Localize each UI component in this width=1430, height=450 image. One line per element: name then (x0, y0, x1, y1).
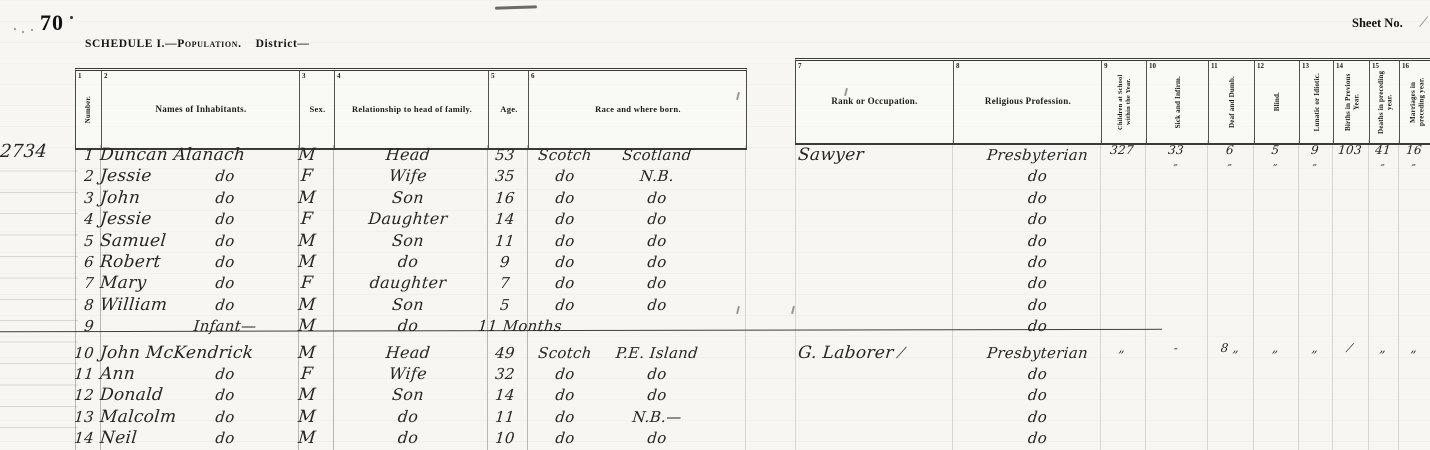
religion-value: Presbyterian (964, 145, 1111, 165)
age-value: 11 (477, 407, 533, 427)
religion-value: do (964, 252, 1111, 272)
ink-dot (22, 31, 24, 33)
table-row: 7 Mary do F daughter 7 do do do (0, 273, 1430, 295)
religion-value: do (964, 166, 1111, 186)
religion-value: do (964, 231, 1111, 251)
occupation-value: G. Laborer (797, 343, 989, 363)
occupation-value: Sawyer (797, 145, 989, 165)
check-mark: ⁄ (899, 343, 931, 363)
birthplace-value: P.E. Island (602, 343, 712, 363)
sex-value: M (287, 343, 327, 363)
race-value: do (527, 188, 603, 208)
age-value: 10 (477, 428, 533, 448)
table-row: 6 Robert do M do 9 do do do (0, 252, 1430, 274)
birthplace-value: Scotland (602, 145, 712, 165)
name-ditto: do (169, 188, 281, 208)
race-value: do (527, 209, 603, 229)
stat-lunatic: „ (1297, 338, 1333, 358)
margin-ruling (0, 150, 78, 448)
relationship-value: Wife (332, 166, 484, 186)
table-row: 5 Samuel do M Son 11 do do do (0, 231, 1430, 253)
name-ditto: Infant— (169, 316, 281, 336)
name-ditto: do (169, 252, 281, 272)
sex-value: F (287, 364, 327, 384)
name-ditto: do (169, 428, 281, 448)
religion-value: do (964, 385, 1111, 405)
relationship-value: Wife (332, 364, 484, 384)
stat-deaths: „ (1367, 338, 1399, 358)
age-value: 14 (477, 385, 533, 405)
name-ditto: do (169, 385, 281, 405)
table-row: 13 Malcolm do M do 11 do N.B.— do (0, 407, 1430, 429)
relationship-value: Daughter (332, 209, 484, 229)
relationship-value: Son (332, 231, 484, 251)
inhabitant-name: John McKendrick (99, 343, 301, 363)
table-row: 8 William do M Son 5 do do do (0, 295, 1430, 317)
age-value: 35 (477, 166, 533, 186)
age-value: 11 (477, 231, 533, 251)
birthplace-value: do (602, 252, 712, 272)
sex-value: F (287, 273, 327, 293)
race-value: do (527, 231, 603, 251)
race-value: Scotch (527, 145, 603, 165)
table-row: 3 John do M Son 16 do do do (0, 188, 1430, 210)
stat-births: ⁄ (1331, 338, 1369, 358)
sex-value: M (287, 188, 327, 208)
table-row: 14 Neil do M do 10 do do do (0, 428, 1430, 450)
relationship-value: do (332, 407, 484, 427)
religion-value: do (964, 316, 1111, 336)
name-ditto: do (169, 209, 281, 229)
race-value: do (527, 364, 603, 384)
religion-value: Presbyterian (964, 343, 1111, 363)
ink-dot (14, 28, 16, 30)
sex-value: M (287, 316, 327, 336)
age-value: 49 (477, 343, 533, 363)
name-ditto: do (169, 273, 281, 293)
age-value: 53 (477, 145, 533, 165)
race-value: do (527, 273, 603, 293)
birthplace-value: N.B. (602, 166, 712, 186)
handwritten-entries: 2734 1 Duncan Alanach M Head 53 Scotch S… (0, 0, 1430, 450)
age-value: 11 Months (477, 316, 533, 336)
race-value: Scotch (527, 343, 603, 363)
sex-value: F (287, 166, 327, 186)
age-value: 7 (477, 273, 533, 293)
relationship-value: do (332, 252, 484, 272)
table-row: 4 Jessie do F Daughter 14 do do do (0, 209, 1430, 231)
sex-value: M (287, 252, 327, 272)
table-row: 12 Donald do M Son 14 do do do (0, 385, 1430, 407)
stat-blind: „ (1252, 338, 1299, 358)
name-ditto: do (169, 407, 281, 427)
religion-value: do (964, 295, 1111, 315)
sex-value: M (287, 428, 327, 448)
birthplace-value: do (602, 231, 712, 251)
name-ditto: do (169, 295, 281, 315)
race-value: do (527, 407, 603, 427)
relationship-value: daughter (332, 273, 484, 293)
relationship-value: do (332, 316, 484, 336)
birthplace-value: N.B.— (602, 407, 712, 427)
table-row: 2 Jessie do F Wife 35 do N.B. do (0, 166, 1430, 188)
race-value: do (527, 166, 603, 186)
birthplace-value: do (602, 188, 712, 208)
name-ditto: do (169, 364, 281, 384)
race-value: do (527, 428, 603, 448)
relationship-value: do (332, 428, 484, 448)
ink-dot (31, 29, 33, 31)
table-row: 2734 1 Duncan Alanach M Head 53 Scotch S… (0, 145, 1430, 167)
name-ditto: do (169, 166, 281, 186)
age-value: 14 (477, 209, 533, 229)
relationship-value: Son (332, 295, 484, 315)
religion-value: do (964, 209, 1111, 229)
table-row: 9 Infant— M do 11 Months do (0, 316, 1430, 338)
name-ditto: do (169, 231, 281, 251)
stat-births: 103 (1331, 140, 1369, 160)
stat-marriages: „ (1397, 338, 1430, 358)
religion-value: do (964, 273, 1111, 293)
birthplace-value: do (602, 273, 712, 293)
relationship-value: Head (332, 145, 484, 165)
stat-children-school: „ (1099, 338, 1145, 358)
sex-value: M (287, 407, 327, 427)
race-value: do (527, 385, 603, 405)
race-value: do (527, 252, 603, 272)
religion-value: do (964, 407, 1111, 427)
age-value: 32 (477, 364, 533, 384)
stat-deaf-dumb: 8 „ (1206, 338, 1254, 358)
sex-value: M (287, 231, 327, 251)
stat-children-school: 327 (1099, 140, 1145, 160)
birthplace-value: do (602, 385, 712, 405)
religion-value: do (964, 364, 1111, 384)
sex-value: M (287, 295, 327, 315)
religion-value: do (964, 428, 1111, 448)
stat-sick-infirm: ‐ (1144, 338, 1208, 358)
race-value: do (527, 295, 603, 315)
sex-value: M (287, 145, 327, 165)
relationship-value: Head (332, 343, 484, 363)
birthplace-value: do (602, 295, 712, 315)
age-value: 5 (477, 295, 533, 315)
birthplace-value: do (602, 428, 712, 448)
inhabitant-name: Duncan Alanach (99, 145, 301, 165)
sex-value: M (287, 385, 327, 405)
table-row: 10 John McKendrick M Head 49 Scotch P.E.… (0, 343, 1430, 365)
sex-value: F (287, 209, 327, 229)
census-schedule-page: 70 SCHEDULE I.—Population.District— Shee… (0, 0, 1430, 450)
birthplace-value: do (602, 209, 712, 229)
relationship-value: Son (332, 188, 484, 208)
age-value: 9 (477, 252, 533, 272)
religion-value: do (964, 188, 1111, 208)
relationship-value: Son (332, 385, 484, 405)
birthplace-value: do (602, 364, 712, 384)
age-value: 16 (477, 188, 533, 208)
table-row: 11 Ann do F Wife 32 do do do (0, 364, 1430, 386)
